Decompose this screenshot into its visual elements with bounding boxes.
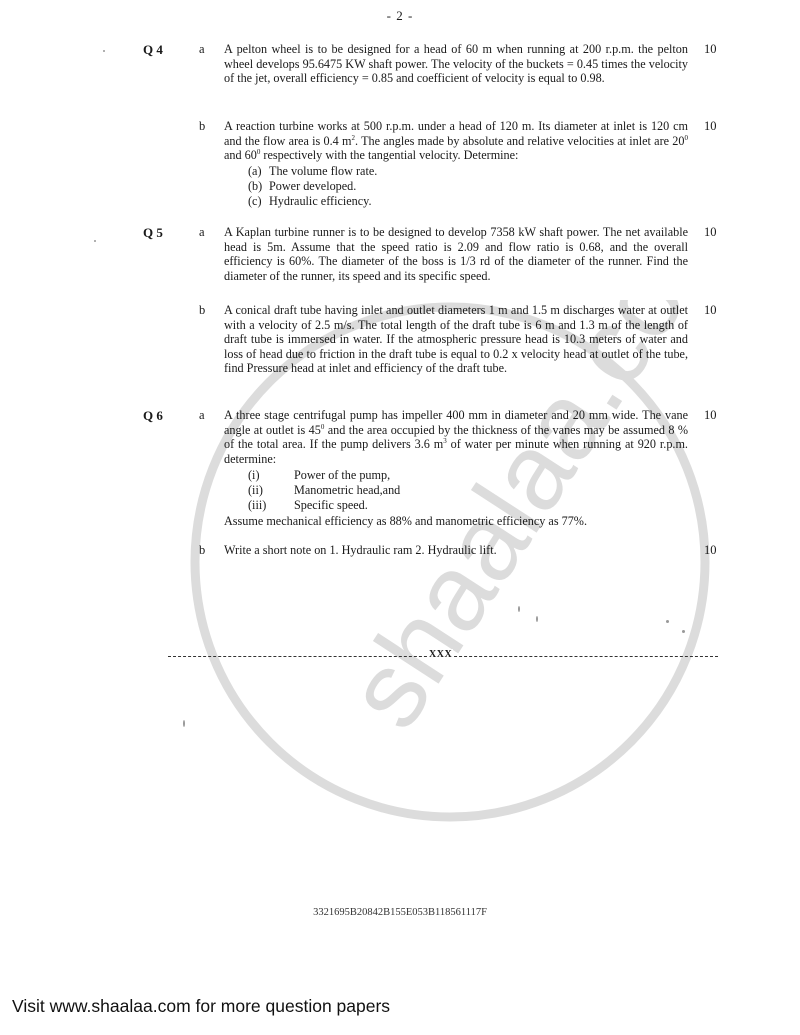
subpart-text: Hydraulic efficiency. — [269, 194, 372, 209]
marks-q6a: 10 — [704, 408, 717, 423]
subpart-text: Specific speed. — [294, 498, 368, 513]
marks-q6b: 10 — [704, 543, 717, 558]
footer-link-text: Visit www.shaalaa.com for more question … — [12, 996, 390, 1017]
subpart-text: Power of the pump, — [294, 468, 390, 483]
subpart-label: (ii) — [248, 483, 263, 498]
marks-q5b: 10 — [704, 303, 717, 318]
question-text-q5a: A Kaplan turbine runner is to be designe… — [224, 225, 688, 283]
scan-speck — [103, 50, 105, 52]
part-label-q6b: b — [199, 543, 205, 558]
subpart-label: (iii) — [248, 498, 266, 513]
question-text-q4a: A pelton wheel is to be designed for a h… — [224, 42, 688, 86]
question-text-q6a: A three stage centrifugal pump has impel… — [224, 408, 688, 466]
question-label-q6: Q 6 — [143, 408, 163, 424]
subpart-text: Power developed. — [269, 179, 356, 194]
question-text-q6b: Write a short note on 1. Hydraulic ram 2… — [224, 543, 688, 558]
marks-q4a: 10 — [704, 42, 717, 57]
scan-speck — [682, 630, 685, 633]
subpart-text: The volume flow rate. — [269, 164, 377, 179]
subpart-label: (b) — [248, 179, 262, 194]
end-mark: XXX — [428, 649, 453, 660]
scan-speck — [183, 720, 185, 727]
watermark-seal: shaalaa.com — [160, 300, 720, 840]
part-label-q4a: a — [199, 42, 205, 57]
part-label-q5a: a — [199, 225, 205, 240]
document-code: 3321695B20842B155E053B118561117F — [0, 907, 800, 918]
subpart-text: Manometric head,and — [294, 483, 400, 498]
subpart-label: (a) — [248, 164, 262, 179]
page-number: - 2 - — [0, 8, 800, 24]
scan-speck — [536, 616, 538, 622]
part-label-q4b: b — [199, 119, 205, 134]
marks-q5a: 10 — [704, 225, 717, 240]
question-closing-q6a: Assume mechanical efficiency as 88% and … — [224, 514, 587, 529]
scan-speck — [518, 606, 520, 612]
question-label-q5: Q 5 — [143, 225, 163, 241]
question-label-q4: Q 4 — [143, 42, 163, 58]
scan-speck — [666, 620, 669, 623]
subpart-label: (i) — [248, 468, 260, 483]
question-text-q4b: A reaction turbine works at 500 r.p.m. u… — [224, 119, 688, 163]
part-label-q5b: b — [199, 303, 205, 318]
scan-speck — [94, 240, 96, 242]
marks-q4b: 10 — [704, 119, 717, 134]
part-label-q6a: a — [199, 408, 205, 423]
question-text-q5b: A conical draft tube having inlet and ou… — [224, 303, 688, 376]
subpart-label: (c) — [248, 194, 262, 209]
